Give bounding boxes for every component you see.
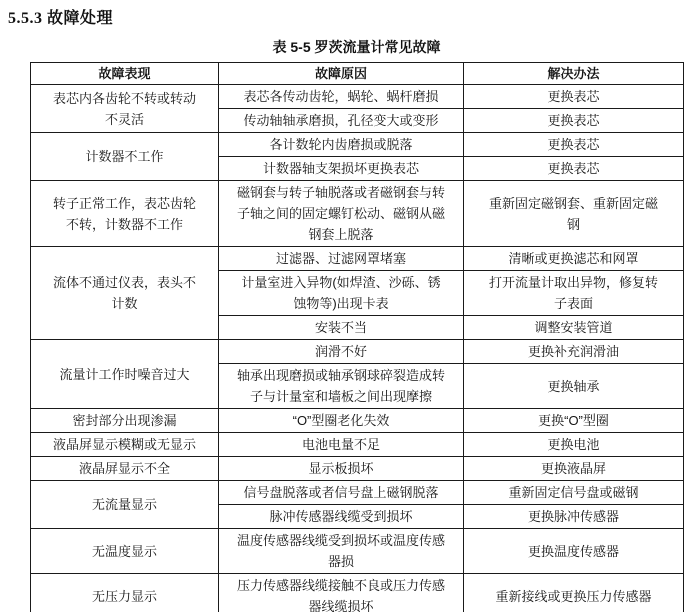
cause-cell: 传动轴轴承磨损，孔径变大或变形 <box>219 109 464 133</box>
cause-cell: 磁钢套与转子轴脱落或者磁钢套与转子轴之间的固定螺钉松动、磁钢从磁钢套上脱落 <box>219 181 464 247</box>
table-row: 无流量显示信号盘脱落或者信号盘上磁钢脱落重新固定信号盘或磁钢 <box>31 481 684 505</box>
solution-cell: 更换表芯 <box>464 85 684 109</box>
header-cell-symptom: 故障表现 <box>31 63 219 85</box>
solution-cell: 重新固定磁钢套、重新固定磁钢 <box>464 181 684 247</box>
table-row: 表芯内各齿轮不转或转动不灵活表芯各传动齿轮，蜗轮、蜗杆磨损更换表芯 <box>31 85 684 109</box>
cause-cell: 轴承出现磨损或轴承钢球碎裂造成转子与计量室和墙板之间出现摩擦 <box>219 364 464 409</box>
cause-cell: 计数器轴支架损坏更换表芯 <box>219 157 464 181</box>
table-header-row: 故障表现 故障原因 解决办法 <box>31 63 684 85</box>
solution-cell: 更换表芯 <box>464 133 684 157</box>
cause-cell: “O”型圈老化失效 <box>219 409 464 433</box>
header-cell-solution: 解决办法 <box>464 63 684 85</box>
solution-cell: 更换温度传感器 <box>464 529 684 574</box>
symptom-cell: 转子正常工作，表芯齿轮不转，计数器不工作 <box>31 181 219 247</box>
symptom-cell: 密封部分出现渗漏 <box>31 409 219 433</box>
solution-cell: 更换表芯 <box>464 157 684 181</box>
symptom-cell: 流量计工作时噪音过大 <box>31 340 219 409</box>
symptom-cell: 表芯内各齿轮不转或转动不灵活 <box>31 85 219 133</box>
solution-cell: 更换补充润滑油 <box>464 340 684 364</box>
table-row: 流量计工作时噪音过大润滑不好更换补充润滑油 <box>31 340 684 364</box>
solution-cell: 打开流量计取出异物，修复转子表面 <box>464 271 684 316</box>
symptom-cell: 流体不通过仪表，表头不计数 <box>31 247 219 340</box>
symptom-cell: 液晶屏显示不全 <box>31 457 219 481</box>
solution-cell: 更换表芯 <box>464 109 684 133</box>
table-row: 无压力显示压力传感器线缆接触不良或压力传感器线缆损坏重新接线或更换压力传感器 <box>31 574 684 612</box>
solution-cell: 更换电池 <box>464 433 684 457</box>
cause-cell: 压力传感器线缆接触不良或压力传感器线缆损坏 <box>219 574 464 612</box>
table-row: 计数器不工作各计数轮内齿磨损或脱落更换表芯 <box>31 133 684 157</box>
solution-cell: 重新接线或更换压力传感器 <box>464 574 684 612</box>
solution-cell: 更换液晶屏 <box>464 457 684 481</box>
symptom-cell: 无温度显示 <box>31 529 219 574</box>
table-row: 密封部分出现渗漏“O”型圈老化失效更换“O”型圈 <box>31 409 684 433</box>
table-row: 流体不通过仪表，表头不计数过滤器、过滤网罩堵塞清晰或更换滤芯和网罩 <box>31 247 684 271</box>
cause-cell: 计量室进入异物(如焊渣、沙砾、锈蚀物等)出现卡表 <box>219 271 464 316</box>
fault-table-body: 表芯内各齿轮不转或转动不灵活表芯各传动齿轮，蜗轮、蜗杆磨损更换表芯传动轴轴承磨损… <box>31 85 684 612</box>
solution-cell: 清晰或更换滤芯和网罩 <box>464 247 684 271</box>
solution-cell: 更换脉冲传感器 <box>464 505 684 529</box>
cause-cell: 润滑不好 <box>219 340 464 364</box>
section-heading: 5.5.3 故障处理 <box>8 5 691 28</box>
cause-cell: 电池电量不足 <box>219 433 464 457</box>
fault-table: 故障表现 故障原因 解决办法 表芯内各齿轮不转或转动不灵活表芯各传动齿轮，蜗轮、… <box>30 62 684 612</box>
solution-cell: 重新固定信号盘或磁钢 <box>464 481 684 505</box>
symptom-cell: 液晶屏显示模糊或无显示 <box>31 433 219 457</box>
table-row: 无温度显示温度传感器线缆受到损坏或温度传感器损更换温度传感器 <box>31 529 684 574</box>
table-row: 液晶屏显示不全显示板损坏更换液晶屏 <box>31 457 684 481</box>
solution-cell: 调整安装管道 <box>464 316 684 340</box>
symptom-cell: 无流量显示 <box>31 481 219 529</box>
cause-cell: 信号盘脱落或者信号盘上磁钢脱落 <box>219 481 464 505</box>
table-row: 液晶屏显示模糊或无显示电池电量不足更换电池 <box>31 433 684 457</box>
table-title: 表 5-5 罗茨流量计常见故障 <box>30 37 683 57</box>
solution-cell: 更换“O”型圈 <box>464 409 684 433</box>
symptom-cell: 计数器不工作 <box>31 133 219 181</box>
cause-cell: 脉冲传感器线缆受到损坏 <box>219 505 464 529</box>
cause-cell: 显示板损坏 <box>219 457 464 481</box>
symptom-cell: 无压力显示 <box>31 574 219 612</box>
cause-cell: 表芯各传动齿轮，蜗轮、蜗杆磨损 <box>219 85 464 109</box>
cause-cell: 过滤器、过滤网罩堵塞 <box>219 247 464 271</box>
header-cell-cause: 故障原因 <box>219 63 464 85</box>
table-row: 转子正常工作，表芯齿轮不转，计数器不工作磁钢套与转子轴脱落或者磁钢套与转子轴之间… <box>31 181 684 247</box>
cause-cell: 各计数轮内齿磨损或脱落 <box>219 133 464 157</box>
solution-cell: 更换轴承 <box>464 364 684 409</box>
cause-cell: 温度传感器线缆受到损坏或温度传感器损 <box>219 529 464 574</box>
document-page: 5.5.3 故障处理 表 5-5 罗茨流量计常见故障 故障表现 故障原因 解决办… <box>0 5 691 612</box>
cause-cell: 安装不当 <box>219 316 464 340</box>
